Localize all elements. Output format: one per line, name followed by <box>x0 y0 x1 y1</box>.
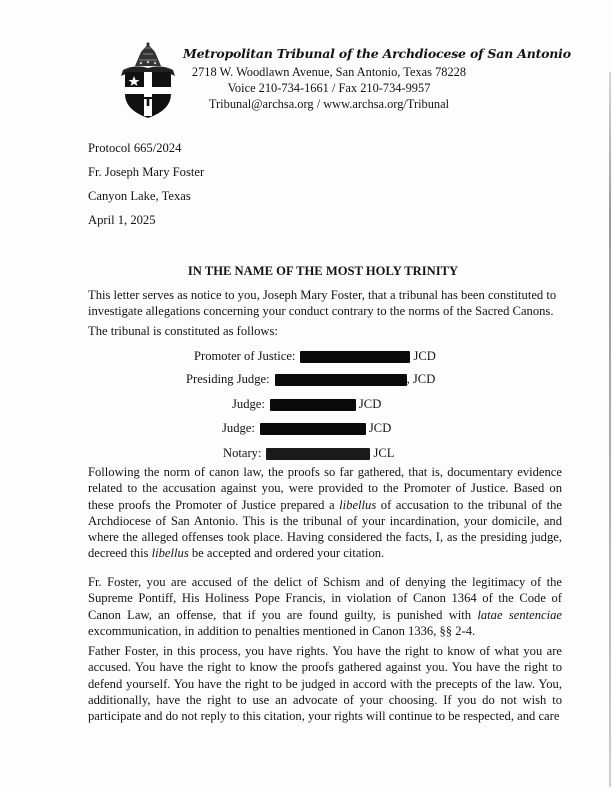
tribunal-member-judge-2: Judge: JCD <box>222 421 391 436</box>
constituted-label: The tribunal is constituted as follows: <box>88 323 562 339</box>
letterhead-address: 2718 W. Woodlawn Avenue, San Antonio, Te… <box>189 65 469 80</box>
recipient-location: Canyon Lake, Texas <box>88 189 191 204</box>
letter-heading: IN THE NAME OF THE MOST HOLY TRINITY <box>0 264 612 279</box>
letterhead-web: Tribunal@archsa.org / www.archsa.org/Tri… <box>189 97 469 112</box>
redacted-name <box>275 374 407 386</box>
archdiocese-coat-of-arms-icon <box>117 42 179 120</box>
recipient-name: Fr. Joseph Mary Foster <box>88 165 204 180</box>
letter-date: April 1, 2025 <box>88 213 156 228</box>
member-role: Judge: <box>232 397 265 412</box>
redacted-name <box>300 351 410 363</box>
tribunal-member-promoter: Promoter of Justice: JCD <box>194 349 436 364</box>
tribunal-member-notary: Notary: JCL <box>223 446 394 461</box>
accusation-paragraph: Fr. Foster, you are accused of the delic… <box>88 574 562 639</box>
member-role: Judge: <box>222 421 255 436</box>
rights-paragraph: Father Foster, in this process, you have… <box>88 643 562 724</box>
member-role: Notary: <box>223 446 261 461</box>
member-degree: JCD <box>413 349 435 364</box>
member-degree: , JCD <box>407 372 436 387</box>
letterhead-title: Metropolitan Tribunal of the Archdiocese… <box>183 46 571 61</box>
member-degree: JCD <box>359 397 381 412</box>
letter-page: Metropolitan Tribunal of the Archdiocese… <box>0 0 612 792</box>
redacted-name <box>270 399 356 411</box>
member-role: Presiding Judge: <box>186 372 270 387</box>
member-role: Promoter of Justice: <box>194 349 295 364</box>
protocol-number: Protocol 665/2024 <box>88 141 181 156</box>
member-degree: JCD <box>369 421 391 436</box>
tribunal-member-judge-1: Judge: JCD <box>232 397 381 412</box>
redacted-name <box>266 448 370 460</box>
redacted-name <box>260 423 366 435</box>
member-degree: JCL <box>373 446 394 461</box>
intro-paragraph: This letter serves as notice to you, Jos… <box>88 287 568 320</box>
letterhead-phone: Voice 210-734-1661 / Fax 210-734-9957 <box>189 81 469 96</box>
proofs-paragraph: Following the norm of canon law, the pro… <box>88 464 562 562</box>
scan-edge-line <box>609 72 611 787</box>
tribunal-member-presiding-judge: Presiding Judge: , JCD <box>186 372 435 387</box>
